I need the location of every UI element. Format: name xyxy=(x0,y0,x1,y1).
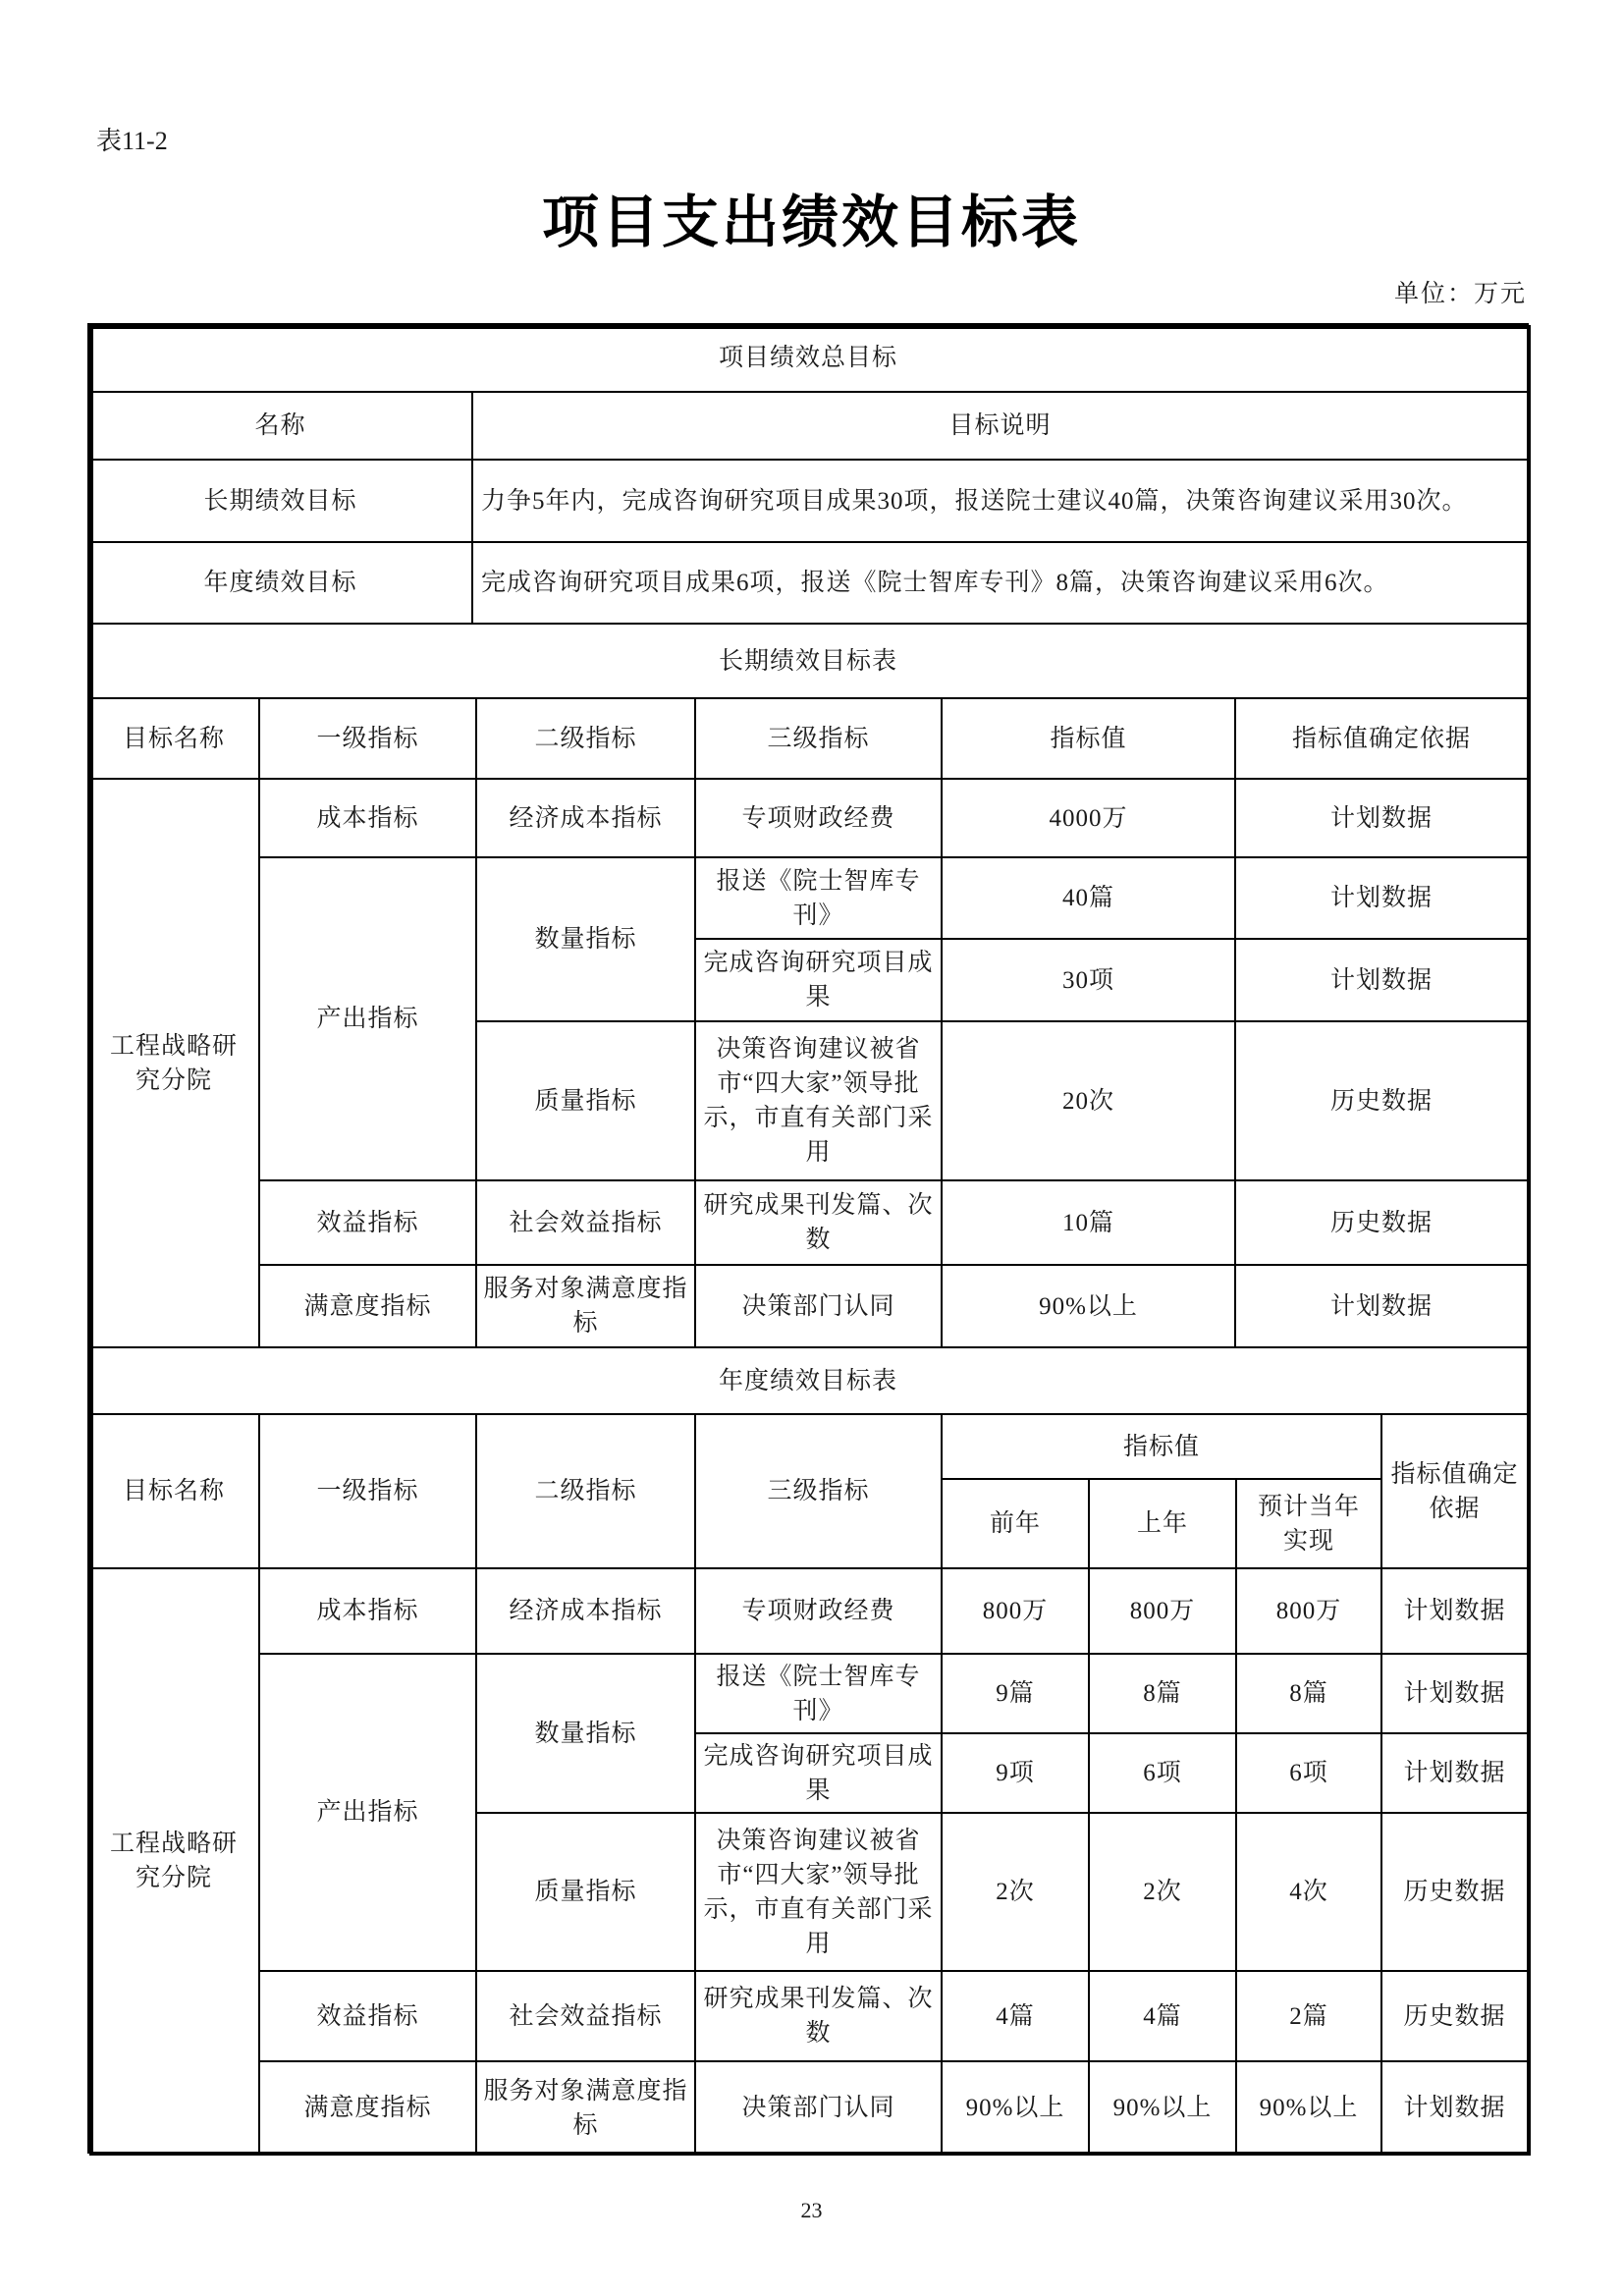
an-current: 800万 xyxy=(1235,1567,1382,1655)
lt-basis: 计划数据 xyxy=(1234,856,1529,940)
lt-header-basis: 指标值确定依据 xyxy=(1234,697,1529,780)
an-level3: 专项财政经费 xyxy=(694,1567,943,1655)
an-header-level3: 三级指标 xyxy=(694,1413,943,1569)
an-header-level1: 一级指标 xyxy=(258,1413,477,1569)
an-current: 8篇 xyxy=(1235,1653,1382,1734)
lt-level2: 社会效益指标 xyxy=(475,1179,696,1266)
an-level3: 报送《院士智库专刊》 xyxy=(694,1653,943,1734)
lt-basis: 历史数据 xyxy=(1234,1020,1529,1181)
overall-row-desc: 力争5年内，完成咨询研究项目成果30项，报送院士建议40篇，决策咨询建议采用30… xyxy=(471,459,1529,543)
lt-basis: 计划数据 xyxy=(1234,778,1529,858)
page-number: 23 xyxy=(0,2196,1623,2225)
lt-value: 20次 xyxy=(941,1020,1236,1181)
an-subheader-current: 预计当年实现 xyxy=(1235,1478,1382,1569)
lt-level2: 服务对象满意度指标 xyxy=(475,1264,696,1348)
lt-level2: 数量指标 xyxy=(475,856,696,1022)
long-term-section-title: 长期绩效目标表 xyxy=(87,623,1529,699)
an-level1: 成本指标 xyxy=(258,1567,477,1655)
lt-basis: 计划数据 xyxy=(1234,938,1529,1022)
an-basis: 历史数据 xyxy=(1380,1812,1529,1972)
an-basis: 计划数据 xyxy=(1380,1653,1529,1734)
an-level3: 决策部门认同 xyxy=(694,2060,943,2156)
an-current: 90%以上 xyxy=(1235,2060,1382,2156)
an-level2: 经济成本指标 xyxy=(475,1567,696,1655)
an-prev2: 9项 xyxy=(941,1732,1090,1814)
an-prev2: 2次 xyxy=(941,1812,1090,1972)
an-level2: 数量指标 xyxy=(475,1653,696,1814)
lt-level2: 质量指标 xyxy=(475,1020,696,1181)
lt-header-level1: 一级指标 xyxy=(258,697,477,780)
an-current: 6项 xyxy=(1235,1732,1382,1814)
overall-row-desc: 完成咨询研究项目成果6项，报送《院士智库专刊》8篇，决策咨询建议采用6次。 xyxy=(471,541,1529,625)
overall-row-name: 长期绩效目标 xyxy=(87,459,473,543)
an-target-name: 工程战略研究分院 xyxy=(87,1567,260,2154)
an-prev1: 90%以上 xyxy=(1088,2060,1237,2156)
page-title: 项目支出绩效目标表 xyxy=(0,183,1623,261)
lt-level1: 效益指标 xyxy=(258,1179,477,1266)
overall-col-desc: 目标说明 xyxy=(471,391,1529,461)
lt-value: 90%以上 xyxy=(941,1264,1236,1348)
lt-level3: 报送《院士智库专刊》 xyxy=(694,856,943,940)
an-level3: 决策咨询建议被省市“四大家”领导批示，市直有关部门采用 xyxy=(694,1812,943,1972)
an-basis: 计划数据 xyxy=(1380,1732,1529,1814)
overall-row-name: 年度绩效目标 xyxy=(87,541,473,625)
lt-basis: 历史数据 xyxy=(1234,1179,1529,1266)
lt-target-name: 工程战略研究分院 xyxy=(87,778,260,1348)
an-prev1: 6项 xyxy=(1088,1732,1237,1814)
an-current: 4次 xyxy=(1235,1812,1382,1972)
lt-level3: 完成咨询研究项目成果 xyxy=(694,938,943,1022)
lt-value: 40篇 xyxy=(941,856,1236,940)
lt-level3: 决策咨询建议被省市“四大家”领导批示，市直有关部门采用 xyxy=(694,1020,943,1181)
lt-value: 4000万 xyxy=(941,778,1236,858)
an-level2: 社会效益指标 xyxy=(475,1970,696,2062)
overall-section-title: 项目绩效总目标 xyxy=(87,323,1529,393)
an-level1: 效益指标 xyxy=(258,1970,477,2062)
lt-level3: 决策部门认同 xyxy=(694,1264,943,1348)
lt-level3: 专项财政经费 xyxy=(694,778,943,858)
lt-header-level2: 二级指标 xyxy=(475,697,696,780)
an-prev1: 2次 xyxy=(1088,1812,1237,1972)
an-basis: 历史数据 xyxy=(1380,1970,1529,2062)
lt-header-level3: 三级指标 xyxy=(694,697,943,780)
an-level1: 产出指标 xyxy=(258,1653,477,1972)
an-header-basis: 指标值确定依据 xyxy=(1380,1413,1529,1569)
an-subheader-prev1: 上年 xyxy=(1088,1478,1237,1569)
lt-level1: 成本指标 xyxy=(258,778,477,858)
table-label: 表11-2 xyxy=(96,126,168,157)
an-header-level2: 二级指标 xyxy=(475,1413,696,1569)
an-subheader-prev2: 前年 xyxy=(941,1478,1090,1569)
an-prev1: 8篇 xyxy=(1088,1653,1237,1734)
lt-header-target: 目标名称 xyxy=(87,697,260,780)
annual-section-title: 年度绩效目标表 xyxy=(87,1346,1529,1415)
an-header-value: 指标值 xyxy=(941,1413,1382,1480)
unit-label: 单位：万元 xyxy=(1394,279,1527,310)
performance-table: 项目绩效总目标 名称 目标说明 长期绩效目标 力争5年内，完成咨询研究项目成果3… xyxy=(89,325,1531,2156)
lt-value: 10篇 xyxy=(941,1179,1236,1266)
an-level2: 质量指标 xyxy=(475,1812,696,1972)
an-basis: 计划数据 xyxy=(1380,1567,1529,1655)
an-level3: 完成咨询研究项目成果 xyxy=(694,1732,943,1814)
an-level3: 研究成果刊发篇、次数 xyxy=(694,1970,943,2062)
an-prev1: 4篇 xyxy=(1088,1970,1237,2062)
lt-basis: 计划数据 xyxy=(1234,1264,1529,1348)
lt-level2: 经济成本指标 xyxy=(475,778,696,858)
an-level1: 满意度指标 xyxy=(258,2060,477,2156)
an-prev1: 800万 xyxy=(1088,1567,1237,1655)
lt-level3: 研究成果刊发篇、次数 xyxy=(694,1179,943,1266)
lt-header-value: 指标值 xyxy=(941,697,1236,780)
an-level2: 服务对象满意度指标 xyxy=(475,2060,696,2156)
lt-level1: 产出指标 xyxy=(258,856,477,1181)
an-basis: 计划数据 xyxy=(1380,2060,1529,2156)
an-header-target: 目标名称 xyxy=(87,1413,260,1569)
lt-value: 30项 xyxy=(941,938,1236,1022)
overall-col-name: 名称 xyxy=(87,391,473,461)
an-current: 2篇 xyxy=(1235,1970,1382,2062)
an-prev2: 4篇 xyxy=(941,1970,1090,2062)
lt-level1: 满意度指标 xyxy=(258,1264,477,1348)
an-prev2: 90%以上 xyxy=(941,2060,1090,2156)
an-prev2: 9篇 xyxy=(941,1653,1090,1734)
an-prev2: 800万 xyxy=(941,1567,1090,1655)
